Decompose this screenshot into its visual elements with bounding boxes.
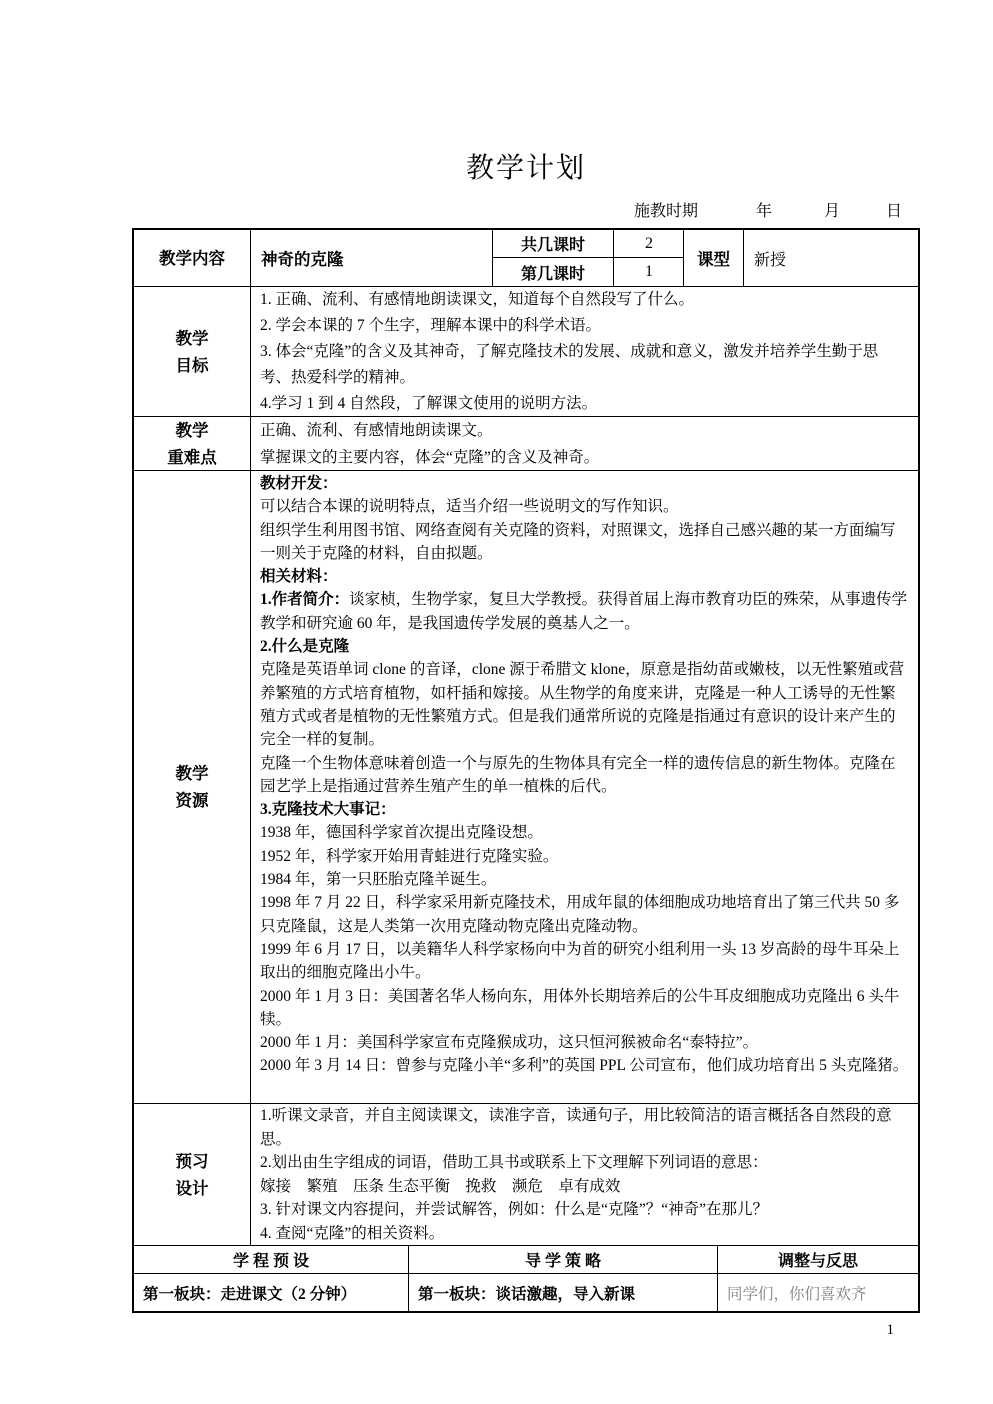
resource-paragraph: 克隆一个生物体意味着创造一个与原先的生物体具有完全一样的遗传信息的新生物体。克隆… [260, 752, 909, 799]
course-type-label: 课型 [683, 230, 743, 286]
resource-heading: 3.克隆技术大事记： [260, 798, 909, 821]
resources-content: 教材开发： 可以结合本课的说明特点，适当介绍一些说明文的写作知识。 组织学生利用… [250, 471, 918, 1103]
resource-paragraph: 2000 年 3 月 14 日：曾参与克隆小羊“多利”的英国 PPL 公司宣布，… [260, 1054, 909, 1077]
content-label-cell: 教学内容 [134, 230, 250, 286]
preview-item: 1.听课文录音，并自主阅读课文，读准字音，读通句子，用比较简洁的语言概括各自然段… [260, 1104, 909, 1151]
date-label: 施教时期 [634, 198, 698, 221]
total-periods-label: 共几课时 [493, 230, 613, 258]
preview-item: 2.划出由生字组成的词语，借助工具书或联系上下文理解下列词语的意思： [260, 1151, 909, 1175]
key-points-label: 教学 重难点 [134, 417, 250, 470]
date-day-label: 日 [886, 198, 902, 221]
resources-label: 教学 资源 [134, 471, 250, 1103]
key-points-content: 正确、流利、有感情地朗读课文。 掌握课文的主要内容，体会“克隆”的含义及神奇。 [250, 417, 918, 470]
resource-paragraph: 克隆是英语单词 clone 的音译，clone 源于希腊文 klone，原意是指… [260, 658, 909, 751]
current-period-value: 1 [613, 258, 684, 286]
date-line: 施教时期 年 月 日 [132, 198, 920, 221]
preview-item: 3. 针对课文内容提问，并尝试解答，例如：什么是“克隆”？“神奇”在那儿？ [260, 1198, 909, 1222]
page-number: 1 [132, 1322, 920, 1339]
resource-paragraph: 2000 年 1 月：美国科学家宣布克隆猴成功，这只恒河猴被命名“泰特拉”。 [260, 1031, 909, 1054]
resource-paragraph: 1984 年，第一只胚胎克隆羊诞生。 [260, 868, 909, 891]
resource-paragraph: 1938 年，德国科学家首次提出克隆设想。 [260, 821, 909, 844]
goals-label: 教学 目标 [134, 287, 250, 416]
periods-cell: 共几课时 2 第几课时 1 [492, 230, 683, 286]
resource-heading: 相关材料： [260, 565, 909, 588]
preview-label: 预习 设计 [134, 1104, 250, 1245]
resource-paragraph: 1999 年 6 月 17 日，以美籍华人科学家杨向中为首的研究小组利用一头 1… [260, 938, 909, 985]
plan-header-strategy: 导 学 策 略 [408, 1246, 717, 1273]
plan-reflection-cell: 同学们，你们喜欢齐 [717, 1274, 918, 1311]
goals-content: 1. 正确、流利、有感情地朗读课文，知道每个自然段写了什么。 2. 学会本课的 … [250, 287, 918, 416]
goal-item: 3. 体会“克隆”的含义及其神奇，了解克隆技术的发展、成就和意义，激发并培养学生… [260, 339, 909, 391]
plan-process-cell: 第一板块：走进课文（2 分钟） [134, 1274, 408, 1311]
preview-item: 4. 查阅“克隆”的相关资料。 [260, 1222, 909, 1245]
plan-row: 第一板块：走进课文（2 分钟） 第一板块：谈话激趣，导入新课 同学们，你们喜欢齐 [134, 1273, 918, 1311]
key-points-row: 教学 重难点 正确、流利、有感情地朗读课文。 掌握课文的主要内容，体会“克隆”的… [134, 416, 918, 470]
plan-strategy-cell: 第一板块：谈话激趣，导入新课 [408, 1274, 717, 1311]
resource-paragraph: 1998 年 7 月 22 日，科学家采用新克隆技术，用成年鼠的体细胞成功地培育… [260, 891, 909, 938]
plan-header-reflection: 调整与反思 [717, 1246, 918, 1273]
page-title: 教学计划 [132, 146, 920, 186]
resource-heading: 教材开发： [260, 472, 909, 495]
goal-item: 2. 学会本课的 7 个生字，理解本课中的科学术语。 [260, 313, 909, 339]
preview-content: 1.听课文录音，并自主阅读课文，读准字音，读通句子，用比较简洁的语言概括各自然段… [250, 1104, 918, 1245]
goal-item: 1. 正确、流利、有感情地朗读课文，知道每个自然段写了什么。 [260, 287, 909, 313]
resource-heading: 2.什么是克隆 [260, 635, 909, 658]
author-lead: 1.作者简介： [260, 591, 349, 608]
teaching-plan-table: 教学内容 神奇的克隆 共几课时 2 第几课时 1 课型 新授 教学 目标 1. … [132, 228, 920, 1313]
date-month-label: 月 [824, 198, 840, 221]
document-page: 教学计划 施教时期 年 月 日 教学内容 神奇的克隆 共几课时 2 第几课时 1… [132, 146, 920, 1339]
total-periods-value: 2 [613, 230, 684, 258]
resources-row: 教学 资源 教材开发： 可以结合本课的说明特点，适当介绍一些说明文的写作知识。 … [134, 470, 918, 1103]
plan-header-process: 学 程 预 设 [134, 1246, 408, 1273]
resource-paragraph: 组织学生利用图书馆、网络查阅有关克隆的资料，对照课文，选择自己感兴趣的某一方面编… [260, 519, 909, 566]
course-type-value: 新授 [743, 230, 918, 286]
date-year-label: 年 [756, 198, 772, 221]
resource-paragraph: 1.作者简介：谈家桢，生物学家，复旦大学教授。获得首届上海市教育功臣的殊荣，从事… [260, 588, 909, 635]
resource-paragraph: 2000 年 1 月 3 日：美国著名华人杨向东，用体外长期培养后的公牛耳皮细胞… [260, 985, 909, 1032]
lesson-title-cell: 神奇的克隆 [250, 230, 492, 286]
preview-row: 预习 设计 1.听课文录音，并自主阅读课文，读准字音，读通句子，用比较简洁的语言… [134, 1103, 918, 1245]
key-point-item: 正确、流利、有感情地朗读课文。 [260, 417, 909, 444]
resource-paragraph: 1952 年，科学家开始用青蛙进行克隆实验。 [260, 845, 909, 868]
goal-item: 4.学习 1 到 4 自然段，了解课文使用的说明方法。 [260, 391, 909, 416]
key-point-item: 掌握课文的主要内容，体会“克隆”的含义及神奇。 [260, 444, 909, 470]
plan-header-row: 学 程 预 设 导 学 策 略 调整与反思 [134, 1245, 918, 1273]
goals-row: 教学 目标 1. 正确、流利、有感情地朗读课文，知道每个自然段写了什么。 2. … [134, 286, 918, 416]
preview-word-list: 嫁接 繁殖 压条 生态平衡 挽救 濒危 卓有成效 [260, 1175, 909, 1199]
author-text: 谈家桢，生物学家，复旦大学教授。获得首届上海市教育功臣的殊荣，从事遗传学教学和研… [260, 591, 907, 631]
resource-paragraph: 可以结合本课的说明特点，适当介绍一些说明文的写作知识。 [260, 495, 909, 518]
info-row: 教学内容 神奇的克隆 共几课时 2 第几课时 1 课型 新授 [134, 230, 918, 286]
current-period-label: 第几课时 [493, 258, 613, 286]
